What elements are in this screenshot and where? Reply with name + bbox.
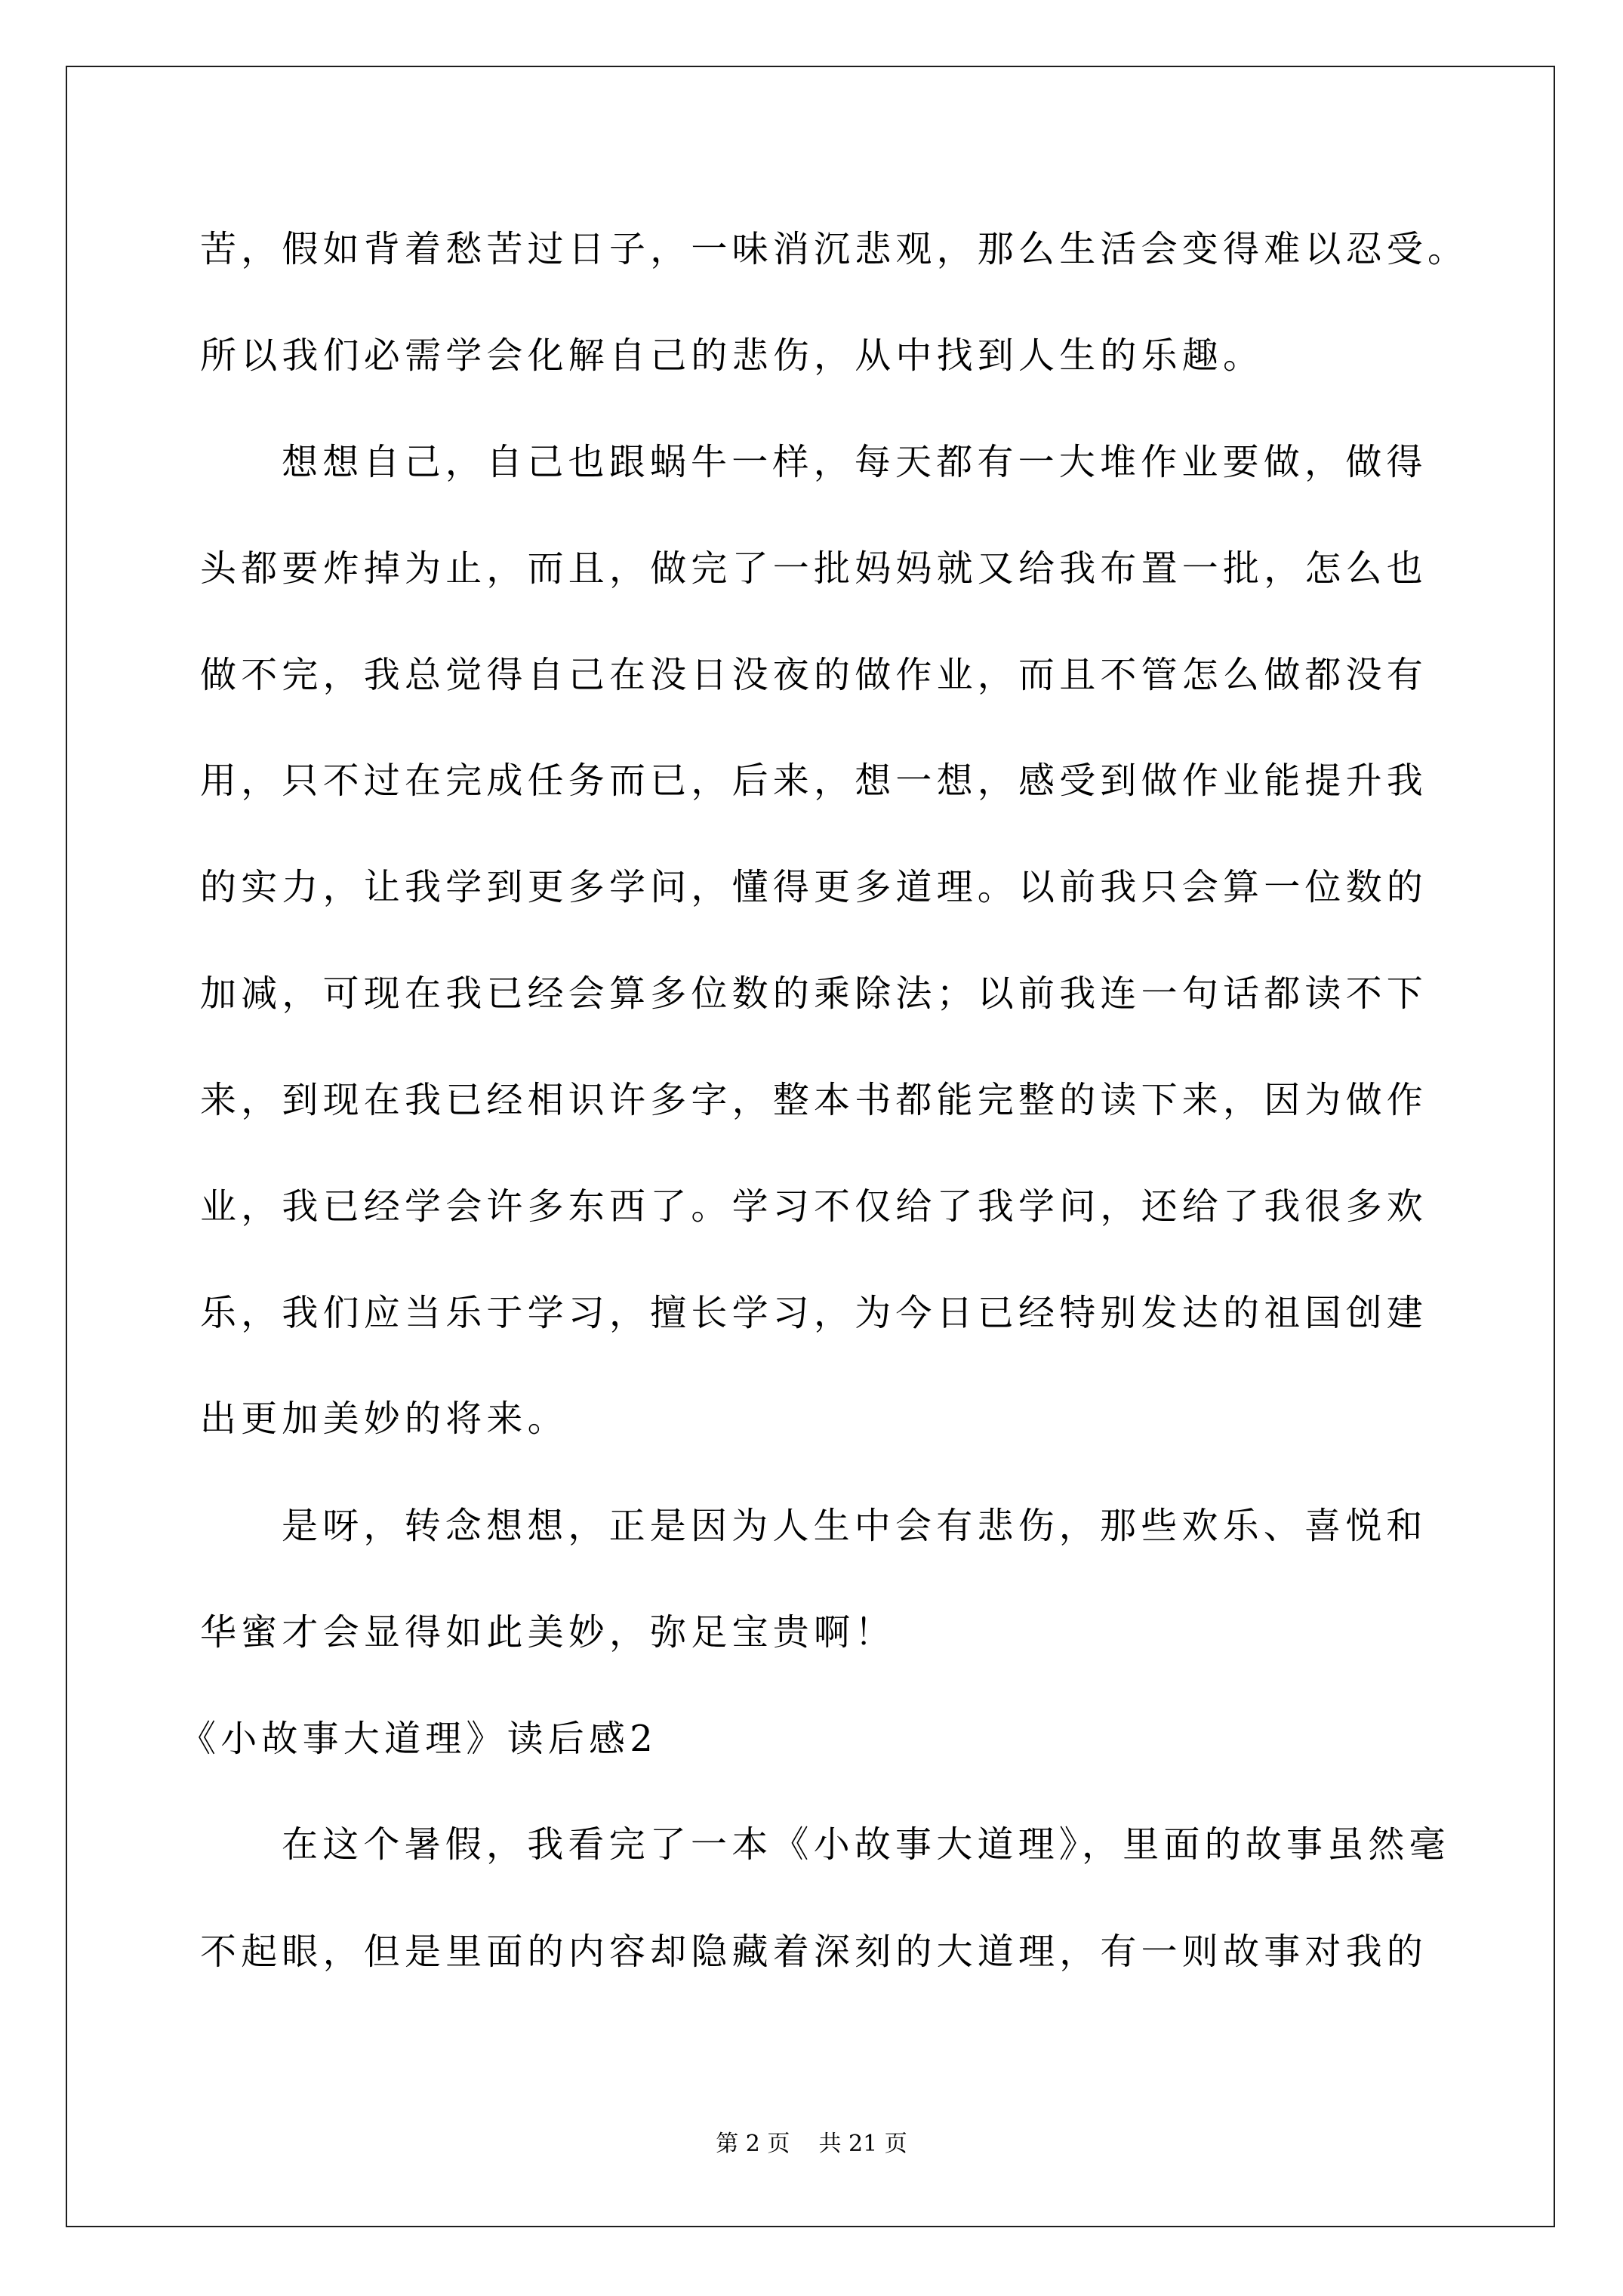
body-line: 用，只不过在完成任务而已，后来，想一想，感受到做作业能提升我	[200, 758, 1427, 803]
body-line: 的实力，让我学到更多学问，懂得更多道理。以前我只会算一位数的	[200, 864, 1427, 910]
body-line: 做不完，我总觉得自己在没日没夜的做作业，而且不管怎么做都没有	[200, 652, 1427, 698]
body-line: 华蜜才会显得如此美妙，弥足宝贵啊！	[200, 1610, 895, 1655]
body-line: 业，我已经学会许多东西了。学习不仅给了我学问，还给了我很多欢	[200, 1184, 1427, 1229]
body-line: 头都要炸掉为止，而且，做完了一批妈妈就又给我布置一批，怎么也	[200, 546, 1427, 591]
body-line: 所以我们必需学会化解自己的悲伤，从中找到人生的乐趣。	[200, 333, 1264, 378]
body-line: 苦，假如背着愁苦过日子，一味消沉悲观，那么生活会变得难以忍受。	[200, 227, 1468, 272]
body-line: 出更加美妙的将来。	[200, 1396, 568, 1441]
body-line: 乐，我们应当乐于学习，擅长学习，为今日已经特别发达的祖国创建	[200, 1290, 1427, 1336]
body-line: 来，到现在我已经相识许多字，整本书都能完整的读下来，因为做作	[200, 1077, 1427, 1123]
paragraph-start-line: 是呀，转念想想，正是因为人生中会有悲伤，那些欢乐、喜悦和	[282, 1503, 1427, 1549]
section-heading: 《小故事大道理》读后感2	[180, 1716, 658, 1761]
paragraph-start-line: 在这个暑假，我看完了一本《小故事大道理》，里面的故事虽然毫	[282, 1822, 1450, 1867]
body-line: 不起眼，但是里面的内容却隐藏着深刻的大道理，有一则故事对我的	[200, 1929, 1427, 1974]
page-number-footer: 第 2 页 共 21 页	[0, 2131, 1623, 2158]
body-line: 加减，可现在我已经会算多位数的乘除法；以前我连一句话都读不下	[200, 971, 1427, 1016]
page-frame	[66, 66, 1555, 2227]
paragraph-start-line: 想想自己，自己也跟蜗牛一样，每天都有一大堆作业要做，做得	[282, 439, 1427, 485]
